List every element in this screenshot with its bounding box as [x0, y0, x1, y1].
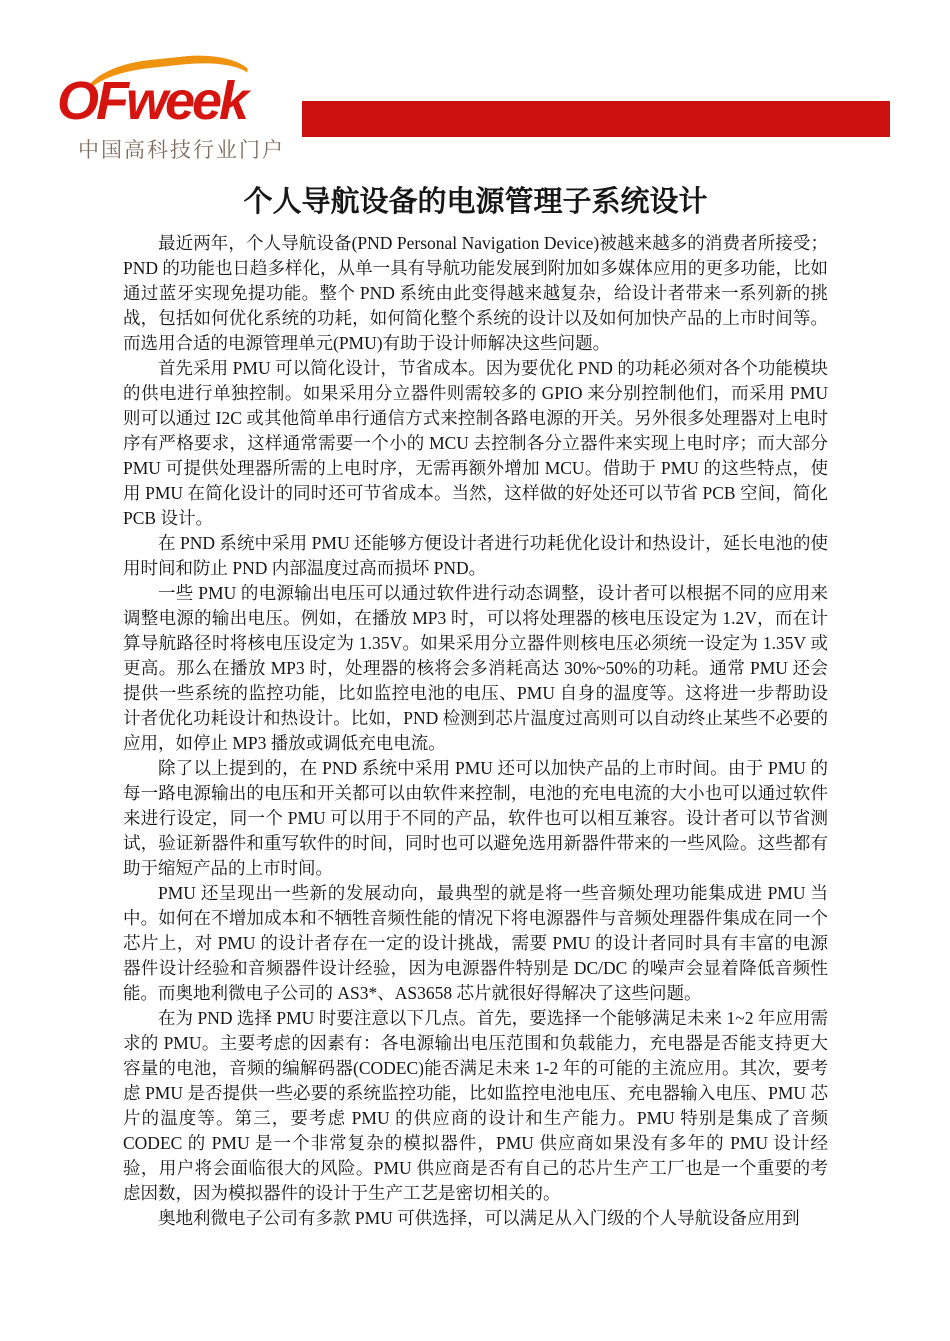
article-paragraph: PMU 还呈现出一些新的发展动向，最典型的就是将一些音频处理功能集成进 PMU … [123, 881, 828, 1006]
article-paragraph: 首先采用 PMU 可以简化设计，节省成本。因为要优化 PND 的功耗必须对各个功… [123, 356, 828, 531]
article-paragraph: 除了以上提到的，在 PND 系统中采用 PMU 还可以加快产品的上市时间。由于 … [123, 756, 828, 881]
ofweek-logo: OFweek 中国高科技行业门户 [57, 58, 292, 163]
header-red-banner [302, 101, 890, 137]
article: 个人导航设备的电源管理子系统设计 最近两年，个人导航设备(PND Persona… [123, 182, 828, 1231]
article-paragraph: 一些 PMU 的电源输出电压可以通过软件进行动态调整，设计者可以根据不同的应用来… [123, 581, 828, 756]
document-page: OFweek 中国高科技行业门户 个人导航设备的电源管理子系统设计 最近两年，个… [0, 0, 950, 1341]
page-header: OFweek 中国高科技行业门户 [0, 0, 950, 175]
article-title: 个人导航设备的电源管理子系统设计 [123, 182, 828, 222]
logo-wordmark: OFweek [57, 72, 246, 130]
article-paragraph: 在 PND 系统中采用 PMU 还能够方便设计者进行功耗优化设计和热设计，延长电… [123, 531, 828, 581]
article-paragraph: 最近两年，个人导航设备(PND Personal Navigation Devi… [123, 231, 828, 356]
article-paragraph: 奥地利微电子公司有多款 PMU 可供选择，可以满足从入门级的个人导航设备应用到 [123, 1206, 828, 1231]
article-paragraph: 在为 PND 选择 PMU 时要注意以下几点。首先，要选择一个能够满足未来 1~… [123, 1006, 828, 1206]
article-body: 最近两年，个人导航设备(PND Personal Navigation Devi… [123, 231, 828, 1231]
logo-tagline: 中国高科技行业门户 [78, 134, 285, 164]
